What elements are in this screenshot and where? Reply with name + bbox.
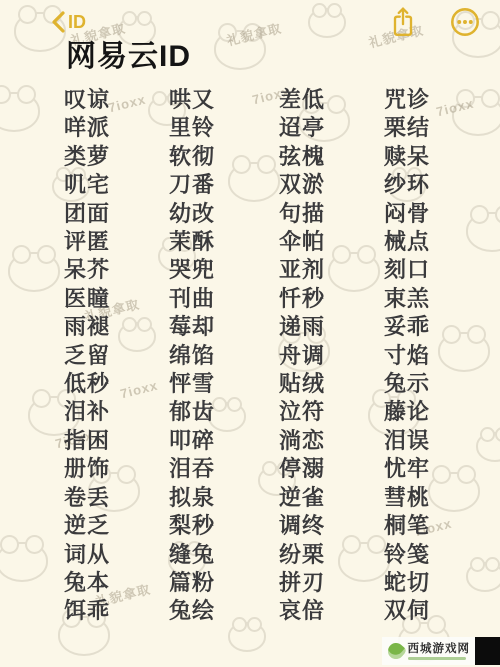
id-item: 郁齿 bbox=[169, 398, 279, 426]
cat-face-watermark bbox=[228, 622, 266, 652]
id-item: 纱环 bbox=[384, 171, 484, 199]
id-item: 泣符 bbox=[279, 398, 384, 426]
id-item: 茉酥 bbox=[169, 228, 279, 256]
id-item: 双淤 bbox=[279, 171, 384, 199]
back-button[interactable]: ID bbox=[50, 10, 86, 34]
leaf-logo-icon bbox=[384, 640, 407, 663]
id-item: 呆芥 bbox=[64, 256, 169, 284]
id-item: 莓却 bbox=[169, 313, 279, 341]
back-chevron-icon bbox=[50, 10, 66, 34]
id-item: 句描 bbox=[279, 200, 384, 228]
id-item: 怦雪 bbox=[169, 370, 279, 398]
share-button[interactable] bbox=[390, 6, 416, 38]
id-item: 类萝 bbox=[64, 143, 169, 171]
id-item: 梨秒 bbox=[169, 512, 279, 540]
id-item: 忏秒 bbox=[279, 285, 384, 313]
id-item: 册饰 bbox=[64, 455, 169, 483]
id-item: 栗结 bbox=[384, 114, 484, 142]
id-item: 哄又 bbox=[169, 86, 279, 114]
id-item: 寸焰 bbox=[384, 342, 484, 370]
id-item: 舟调 bbox=[279, 342, 384, 370]
id-item: 哭兜 bbox=[169, 256, 279, 284]
id-item: 赎呆 bbox=[384, 143, 484, 171]
id-item: 束羔 bbox=[384, 285, 484, 313]
id-item: 伞帕 bbox=[279, 228, 384, 256]
id-item: 停溺 bbox=[279, 455, 384, 483]
site-badge-main: 西城游戏网 bbox=[382, 637, 476, 665]
id-item: 调终 bbox=[279, 512, 384, 540]
site-badge-texts: 西城游戏网 bbox=[408, 643, 471, 660]
id-item: 纷栗 bbox=[279, 541, 384, 569]
id-item: 哀倍 bbox=[279, 597, 384, 625]
id-item: 泪吞 bbox=[169, 455, 279, 483]
id-item: 械点 bbox=[384, 228, 484, 256]
id-item: 闷骨 bbox=[384, 200, 484, 228]
id-item: 兔本 bbox=[64, 569, 169, 597]
id-item: 词从 bbox=[64, 541, 169, 569]
site-badge: 西城游戏网 bbox=[382, 637, 500, 665]
id-item: 妥乖 bbox=[384, 313, 484, 341]
site-subline bbox=[408, 657, 466, 660]
id-item: 卷丢 bbox=[64, 484, 169, 512]
id-item: 咒诊 bbox=[384, 86, 484, 114]
id-item: 兔示 bbox=[384, 370, 484, 398]
id-item: 雨褪 bbox=[64, 313, 169, 341]
id-item: 拟泉 bbox=[169, 484, 279, 512]
id-item: 软彻 bbox=[169, 143, 279, 171]
id-column-4: 咒诊栗结赎呆纱环闷骨械点刻口束羔妥乖寸焰兔示藤论泪误忧牢彗桃桐笔铃笺蛇切双伺 bbox=[384, 86, 484, 626]
id-item: 幼改 bbox=[169, 200, 279, 228]
id-item: 叩碎 bbox=[169, 427, 279, 455]
back-button-label: ID bbox=[68, 12, 86, 33]
id-item: 蛇切 bbox=[384, 569, 484, 597]
id-item: 刊曲 bbox=[169, 285, 279, 313]
id-item: 逆乏 bbox=[64, 512, 169, 540]
id-item: 拼刃 bbox=[279, 569, 384, 597]
id-item: 弦槐 bbox=[279, 143, 384, 171]
id-item: 桐笔 bbox=[384, 512, 484, 540]
id-column-3: 差低迢亭弦槐双淤句描伞帕亚剂忏秒递雨舟调贴绒泣符淌恋停溺逆雀调终纷栗拼刃哀倍 bbox=[279, 86, 384, 626]
site-name: 西城游戏网 bbox=[408, 643, 471, 655]
id-item: 兔绘 bbox=[169, 597, 279, 625]
id-item: 团面 bbox=[64, 200, 169, 228]
id-item: 彗桃 bbox=[384, 484, 484, 512]
id-item: 评匿 bbox=[64, 228, 169, 256]
id-item: 咩派 bbox=[64, 114, 169, 142]
id-item: 忧牢 bbox=[384, 455, 484, 483]
id-item: 泪误 bbox=[384, 427, 484, 455]
id-item: 贴绒 bbox=[279, 370, 384, 398]
id-item: 里铃 bbox=[169, 114, 279, 142]
id-item: 指困 bbox=[64, 427, 169, 455]
id-item: 饵乖 bbox=[64, 597, 169, 625]
id-item: 叽宅 bbox=[64, 171, 169, 199]
black-corner-block bbox=[475, 637, 500, 665]
id-item: 医瞳 bbox=[64, 285, 169, 313]
notes-app-screen: 礼貌拿取礼貌拿取礼貌拿取7ioxx7ioxx7ioxx礼貌拿取7ioxx7iox… bbox=[0, 0, 500, 667]
id-column-1: 叹谅咩派类萝叽宅团面评匿呆芥医瞳雨褪乏留低秒泪补指困册饰卷丢逆乏词从兔本饵乖 bbox=[64, 86, 169, 626]
id-item: 低秒 bbox=[64, 370, 169, 398]
id-item: 叹谅 bbox=[64, 86, 169, 114]
id-item: 逆雀 bbox=[279, 484, 384, 512]
id-item: 淌恋 bbox=[279, 427, 384, 455]
id-column-2: 哄又里铃软彻刀番幼改茉酥哭兜刊曲莓却绵馅怦雪郁齿叩碎泪吞拟泉梨秒缝兔篇粉兔绘 bbox=[169, 86, 279, 626]
id-item: 藤论 bbox=[384, 398, 484, 426]
nav-actions bbox=[390, 6, 480, 38]
note-title: 网易云ID bbox=[66, 40, 500, 74]
id-item: 递雨 bbox=[279, 313, 384, 341]
id-item: 乏留 bbox=[64, 342, 169, 370]
id-item: 绵馅 bbox=[169, 342, 279, 370]
more-ellipsis-icon bbox=[450, 7, 480, 37]
id-item: 缝兔 bbox=[169, 541, 279, 569]
nav-bar: ID bbox=[0, 0, 500, 44]
id-item: 刻口 bbox=[384, 256, 484, 284]
more-button[interactable] bbox=[450, 7, 480, 37]
id-item: 篇粉 bbox=[169, 569, 279, 597]
id-item: 铃笺 bbox=[384, 541, 484, 569]
share-icon bbox=[390, 6, 416, 38]
id-columns: 叹谅咩派类萝叽宅团面评匿呆芥医瞳雨褪乏留低秒泪补指困册饰卷丢逆乏词从兔本饵乖哄又… bbox=[0, 86, 500, 626]
note-content: 网易云ID 叹谅咩派类萝叽宅团面评匿呆芥医瞳雨褪乏留低秒泪补指困册饰卷丢逆乏词从… bbox=[0, 0, 500, 626]
id-item: 迢亭 bbox=[279, 114, 384, 142]
id-item: 亚剂 bbox=[279, 256, 384, 284]
id-item: 刀番 bbox=[169, 171, 279, 199]
id-item: 双伺 bbox=[384, 597, 484, 625]
id-item: 差低 bbox=[279, 86, 384, 114]
id-item: 泪补 bbox=[64, 398, 169, 426]
